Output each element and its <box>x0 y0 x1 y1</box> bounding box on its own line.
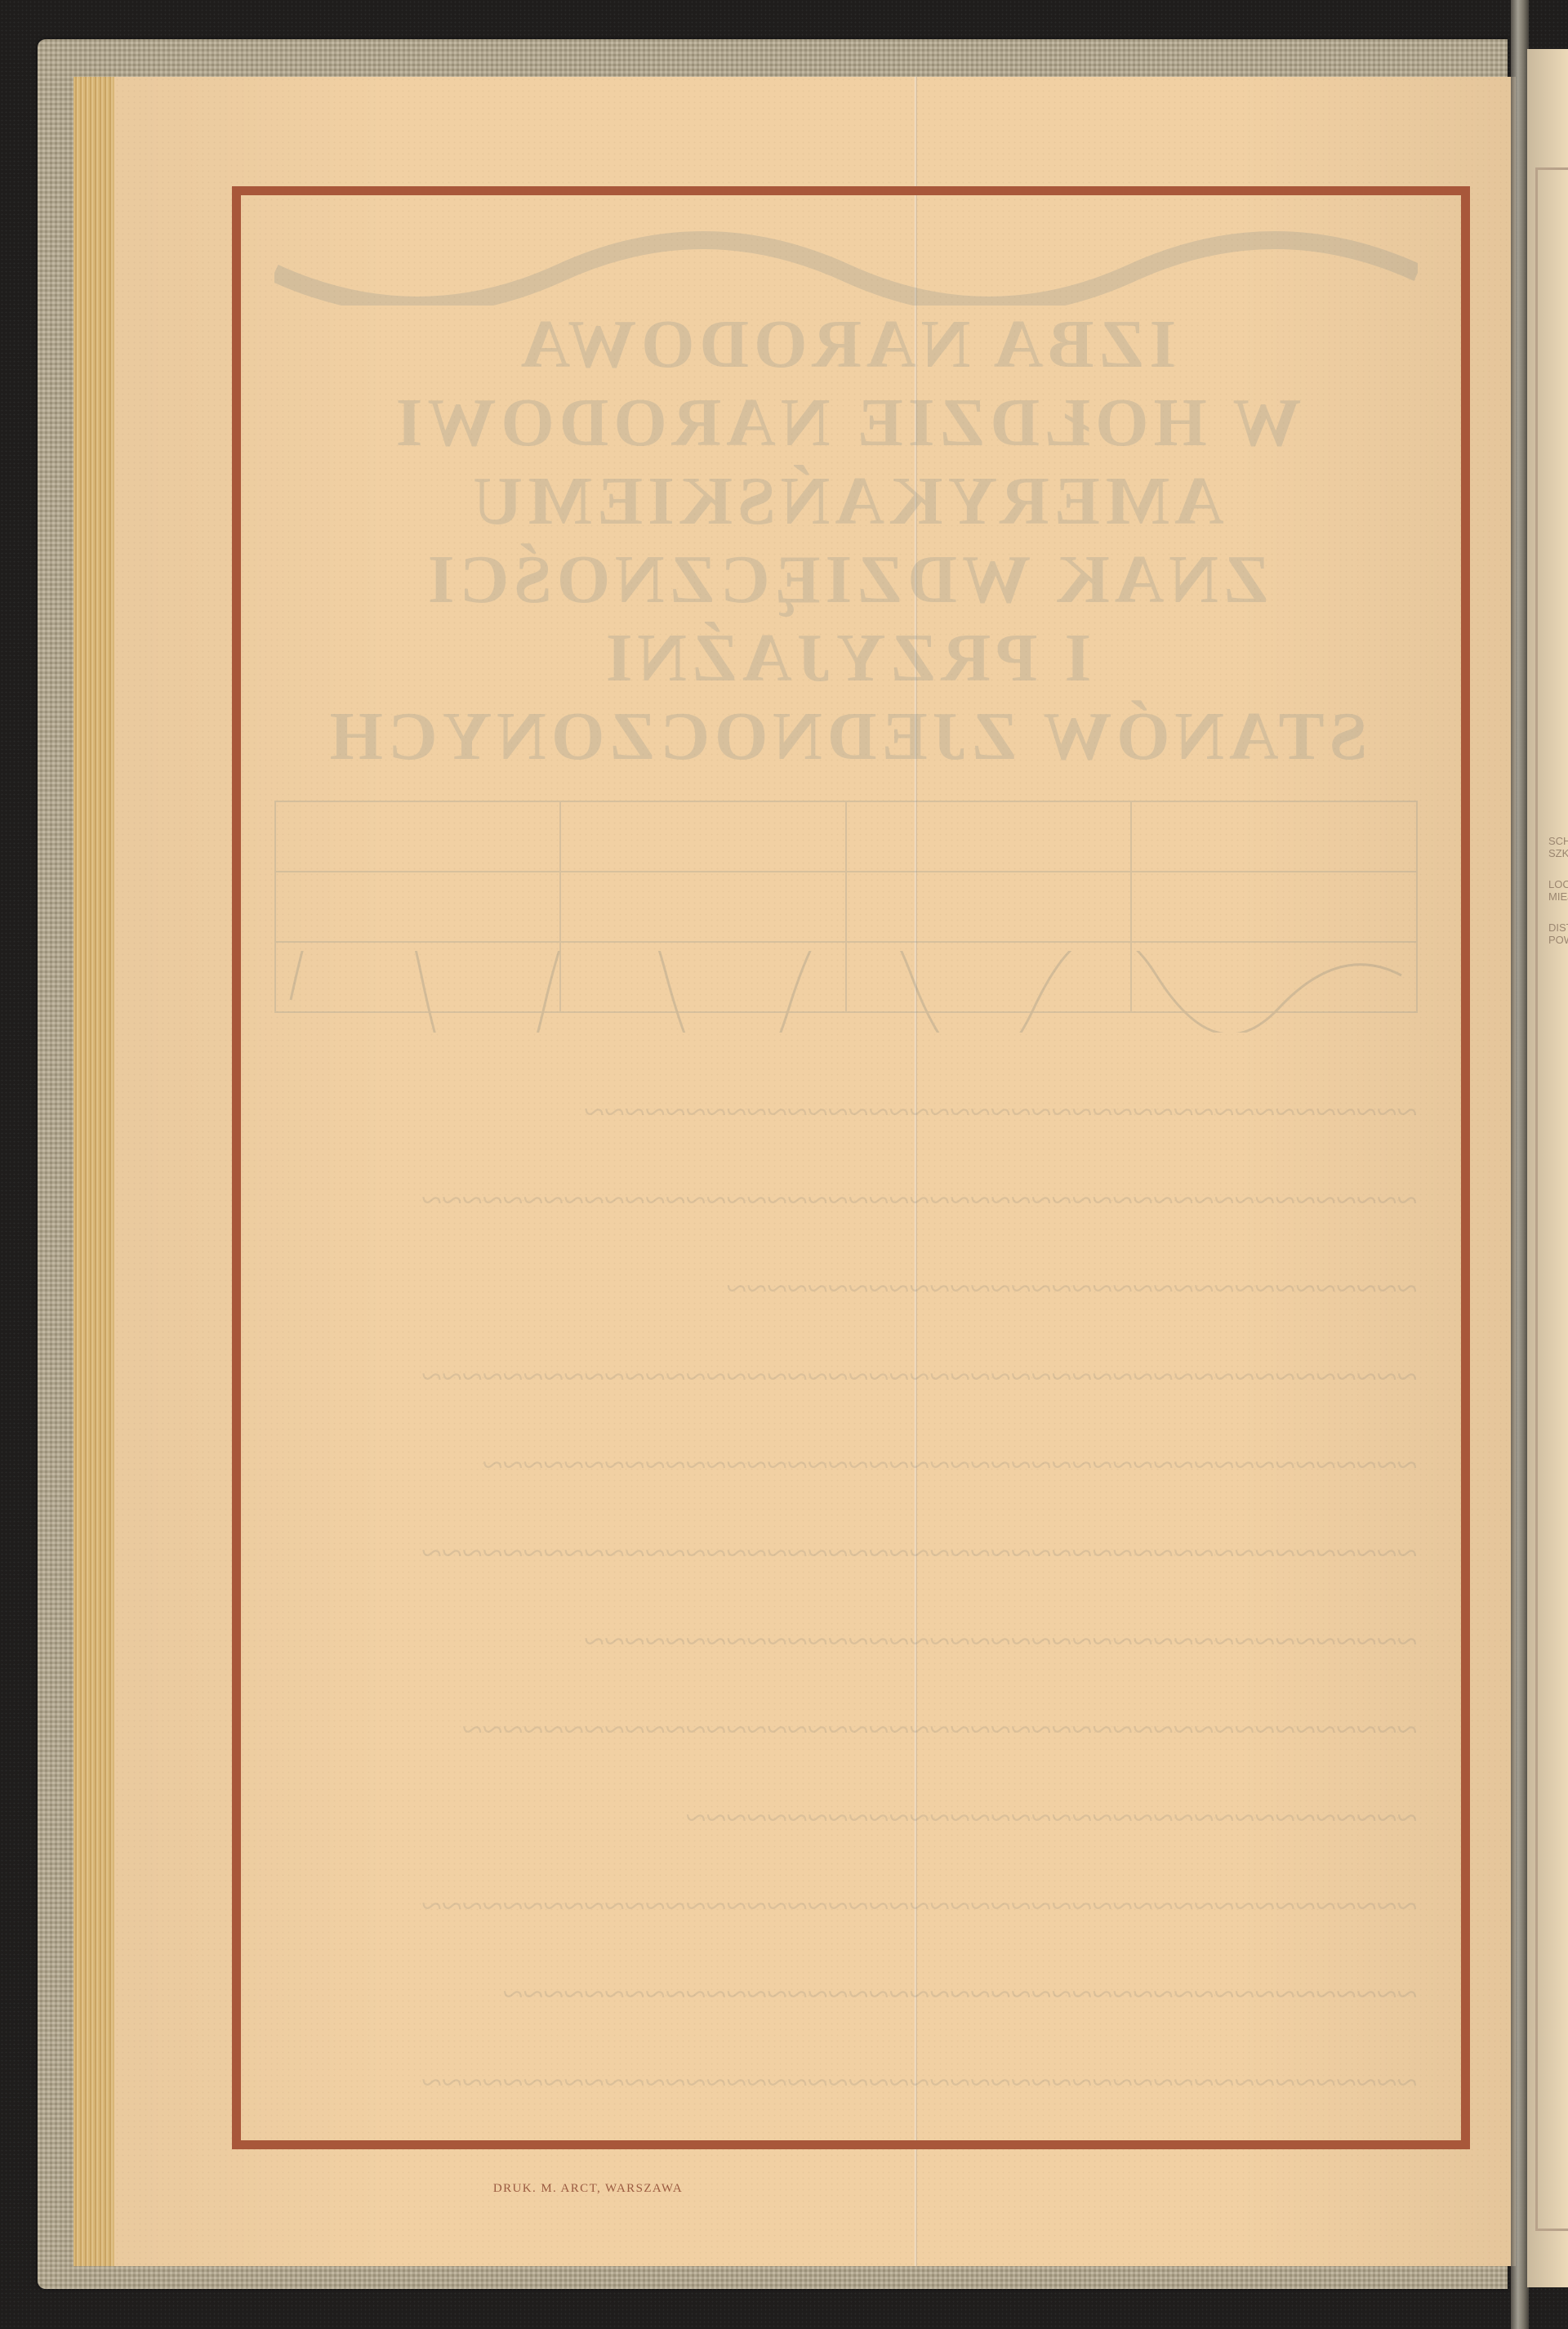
book-gutter <box>1511 0 1529 2329</box>
signature-cell <box>846 872 1132 942</box>
signature-cell <box>275 872 561 942</box>
table-row <box>275 872 1417 942</box>
mirrored-handwriting: ~~~~~~~~~~~~~~~~~~~~~~~~~~~~~~~~~~~~~~~~… <box>274 1090 1418 2152</box>
handwriting-line: ~~~~~~~~~~~~~~~~~~~~~~~~~~~~~~~~~~~~~~~~… <box>274 1443 1418 1531</box>
table-cell <box>1132 801 1418 872</box>
signature-cell <box>846 801 1132 872</box>
table-cell <box>561 872 847 942</box>
showthrough-line: AMERYKAŃSKIEMU <box>274 462 1418 541</box>
ornament-top <box>274 216 1418 306</box>
showthrough-line: I PRZYJAŹNI <box>274 619 1418 698</box>
showthrough-line: W HOŁDZIE NARODOWI <box>274 384 1418 462</box>
mirrored-showthrough-header: IZBA NARODOWA W HOŁDZIE NARODOWI AMERYKA… <box>274 216 1418 1033</box>
handwriting-line: ~~~~~~~~~~~~~~~~~~~~~~~~~~~~~~~~~~~~~~~~… <box>274 2060 1418 2148</box>
printer-imprint: DRUK. M. ARCT, WARSZAWA <box>114 2182 1062 2196</box>
signature-cell <box>275 801 561 872</box>
handwriting-line: ~~~~~~~~~~~~~~~~~~~~~~~~~~~~~~~~~~~~~~~~… <box>274 1178 1418 1266</box>
facing-page-label: SCHO SZKO <box>1548 835 1568 859</box>
table-cell <box>561 801 847 872</box>
handwriting-line: ~~~~~~~~~~~~~~~~~~~~~~~~~~~~~~~~~~~~~~~~… <box>274 1884 1418 1972</box>
handwriting-line: ~~~~~~~~~~~~~~~~~~~~~~~~~~~~~~~~~~~~ <box>274 1796 1418 1884</box>
handwriting-line: ~~~~~~~~~~~~~~~~~~~~~~~~~~~~~~~~~~ <box>274 1266 1418 1354</box>
showthrough-line: ZNAK WDZIĘCZNOŚCI <box>274 541 1418 619</box>
facing-page-label: DISTR POW <box>1548 921 1568 946</box>
book-page: IZBA NARODOWA W HOŁDZIE NARODOWI AMERYKA… <box>114 77 1516 2266</box>
table-row <box>275 801 1417 872</box>
facing-page-label: LOCA MIEJS <box>1548 878 1568 903</box>
handwriting-line: ~~~~~~~~~~~~~~~~~~~~~~~~~~~~~~~~~~~~~~~~… <box>274 1531 1418 1619</box>
handwriting-line: ~~~~~~~~~~~~~~~~~~~~~~~~~~~~~~~~~~~~~~~~… <box>274 1354 1418 1443</box>
showthrough-line: IZBA NARODOWA <box>274 306 1418 384</box>
handwriting-line: ~~~~~~~~~~~~~~~~~~~~~~~~~~~~~~~~~~~~~~~~… <box>274 1707 1418 1796</box>
wavy-ornament <box>274 951 1418 1033</box>
handwriting-line: ~~~~~~~~~~~~~~~~~~~~~~~~~~~~~~~~~~~~~~~~… <box>274 1619 1418 1707</box>
table-cell <box>1132 872 1418 942</box>
facing-page-frame <box>1535 167 1568 2231</box>
handwriting-line: ~~~~~~~~~~~~~~~~~~~~~~~~~~~~~~~~~~~~~~~~… <box>274 1090 1418 1178</box>
showthrough-line: STANÓW ZJEDNOCZONYCH <box>274 698 1418 776</box>
handwriting-line: ~~~~~~~~~~~~~~~~~~~~~~~~~~~~~~~~~~~~~~~~… <box>274 1972 1418 2060</box>
